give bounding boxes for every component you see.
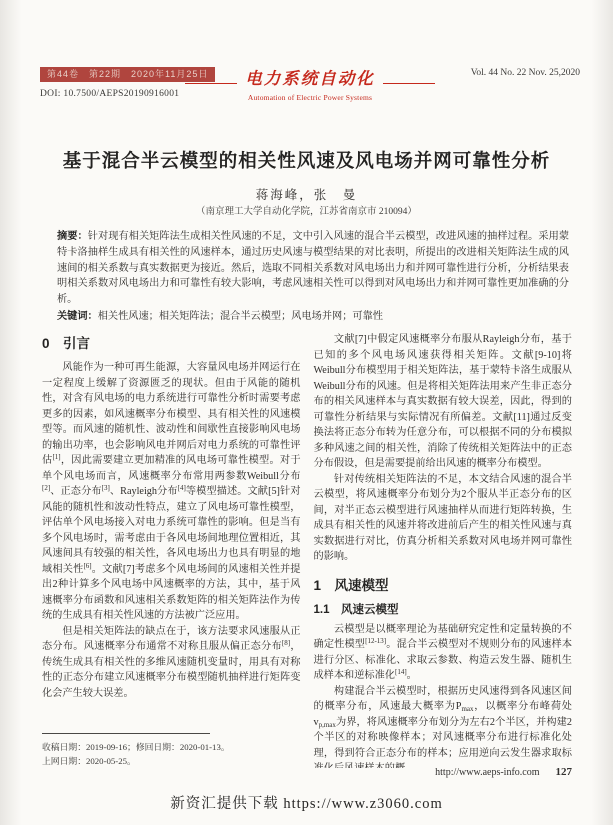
cloud-paragraph-1: 云模型是以概率理论为基础研究定性和定量转换的不确定性模型[12-13]。混合半云… (314, 622, 573, 684)
footnote-online-date: 上网日期：2020-05-25。 (42, 754, 301, 768)
footer-url: http://www.aeps-info.com (435, 767, 539, 778)
affiliation: （南京理工大学自动化学院，江苏省南京市 210094） (0, 203, 613, 217)
right-paragraph-1: 文献[7]中假定风速概率分布服从Rayleigh分布，基于已知的多个风电场风速获… (314, 332, 573, 472)
body-columns: 0 引言 风能作为一种可再生能源，大容量风电场并网运行在一定程度上缓解了资源匮乏… (42, 332, 572, 768)
watermark-text: 新资汇提供下载 https://www.z3060.com (0, 792, 613, 813)
authors: 蒋海峰，张 曼 (0, 185, 613, 203)
abstract-block: 摘要：针对现有相关矩阵法生成相关性风速的不足，文中引入风速的混合半云模型，改进风… (57, 229, 569, 325)
section-heading-intro: 0 引言 (42, 332, 301, 352)
volume-info: Vol. 44 No. 22 Nov. 25,2020 (471, 68, 580, 78)
page-footer: http://www.aeps-info.com127 (435, 766, 572, 778)
journal-logo-cn: 电力系统自动化 (237, 65, 383, 89)
abstract-text: 针对现有相关矩阵法生成相关性风速的不足，文中引入风速的混合半云模型，改进风速的抽… (57, 231, 569, 305)
right-column: 文献[7]中假定风速概率分布服从Rayleigh分布，基于已知的多个风电场风速获… (314, 332, 573, 768)
journal-logo-en: Automation of Electric Power Systems (185, 93, 435, 102)
intro-paragraph-2: 但是相关矩阵法的缺点在于，该方法要求风速服从正态分布。风速概率分布通常不对称且服… (42, 624, 301, 702)
paper-title: 基于混合半云模型的相关性风速及风电场并网可靠性分析 (0, 147, 613, 173)
keywords-text: 相关性风速；相关矩阵法；混合半云模型；风电场并网；可靠性 (98, 311, 383, 322)
page-number: 127 (556, 766, 573, 778)
footnote-received-dates: 收稿日期：2019-09-16；修回日期：2020-01-13。 (42, 740, 301, 754)
abstract-paragraph: 摘要：针对现有相关矩阵法生成相关性风速的不足，文中引入风速的混合半云模型，改进风… (57, 229, 569, 308)
section-heading-model: 1 风速模型 (314, 574, 573, 594)
keywords-row: 关键词：相关性风速；相关矩阵法；混合半云模型；风电场并网；可靠性 (57, 309, 569, 325)
left-column: 0 引言 风能作为一种可再生能源，大容量风电场并网运行在一定程度上缓解了资源匮乏… (42, 332, 301, 768)
intro-paragraph-1: 风能作为一种可再生能源，大容量风电场并网运行在一定程度上缓解了资源匮乏的现状。但… (42, 360, 301, 624)
abstract-label: 摘要： (57, 231, 88, 242)
footnote: 收稿日期：2019-09-16；修回日期：2020-01-13。 上网日期：20… (42, 733, 301, 768)
journal-logo: 电力系统自动化 Automation of Electric Power Sys… (185, 65, 435, 102)
keywords-label: 关键词： (57, 311, 98, 322)
cloud-paragraph-2: 构建混合半云模型时，根据历史风速得到各风速区间的概率分布，风速最大概率为Pmax… (314, 684, 573, 769)
footnote-rule (42, 733, 210, 734)
right-paragraph-2: 针对传统相关矩阵法的不足，本文结合风速的混合半云模型，将风速概率分布划分为2个服… (314, 472, 573, 565)
journal-header: 第44卷 第22期 2020年11月25日 DOI: 10.7500/AEPS2… (40, 64, 580, 108)
section-heading-cloud: 1.1 风速云模型 (314, 601, 573, 617)
